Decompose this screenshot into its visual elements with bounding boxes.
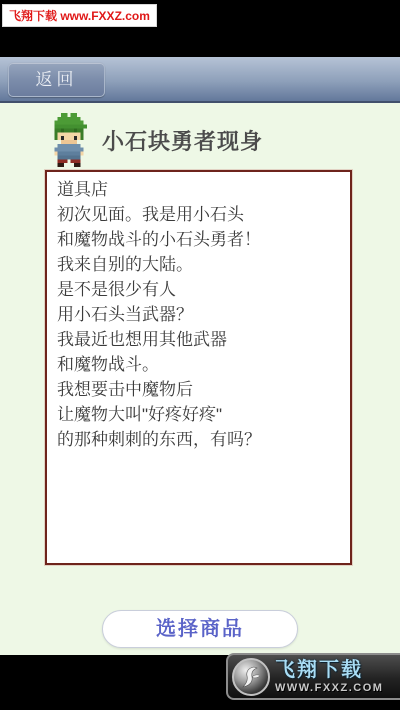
dialog-line: 和魔物战斗。 xyxy=(57,352,340,377)
site-url: WWW.FXXZ.COM xyxy=(275,683,383,694)
dialog-line: 我想要击中魔物后 xyxy=(57,377,340,402)
hero-sprite-icon xyxy=(48,113,90,167)
header-bar: 返回 xyxy=(0,57,400,103)
dialog-box: 道具店 初次见面。我是用小石头 和魔物战斗的小石头勇者！ 我来自别的大陆。 是不… xyxy=(45,170,352,565)
dialog-line: 和魔物战斗的小石头勇者！ xyxy=(57,227,340,252)
dialog-line: 是不是很少有人 xyxy=(57,277,340,302)
dialog-line: 用小石头当武器？ xyxy=(57,302,340,327)
site-logo-badge: 飞翔下载 WWW.FXXZ.COM xyxy=(226,653,400,700)
content-area: 小石块勇者现身 道具店 初次见面。我是用小石头 和魔物战斗的小石头勇者！ 我来自… xyxy=(0,103,400,655)
dialog-line: 我最近也想用其他武器 xyxy=(57,327,340,352)
dialog-line: 让魔物大叫"好疼好疼" xyxy=(57,402,340,427)
dialog-line: 我来自别的大陆。 xyxy=(57,252,340,277)
site-name: 飞翔下载 xyxy=(275,660,383,680)
dialog-line: 道具店 xyxy=(57,177,340,202)
fxxz-logo-icon xyxy=(232,658,270,696)
site-logo-text: 飞翔下载 WWW.FXXZ.COM xyxy=(275,660,383,694)
status-bar: 飞翔下载 www.FXXZ.com xyxy=(0,0,400,57)
watermark-label: 飞翔下载 www.FXXZ.com xyxy=(2,4,157,27)
page-title: 小石块勇者现身 xyxy=(102,125,263,156)
dialog-line: 初次见面。我是用小石头 xyxy=(57,202,340,227)
select-goods-button[interactable]: 选择商品 xyxy=(102,610,298,648)
title-row: 小石块勇者现身 xyxy=(48,111,400,169)
back-button[interactable]: 返回 xyxy=(8,62,105,97)
dialog-line: 的那种刺刺的东西，有吗？ xyxy=(57,427,340,452)
